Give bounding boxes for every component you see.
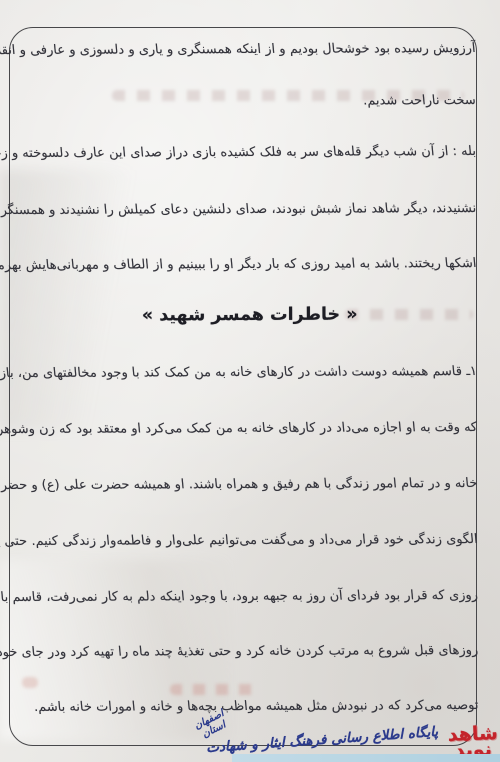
text-line: که وقت به او اجازه می‌داد در کارهای خانه… — [17, 418, 478, 440]
text-line: توصیه می‌کرد که در نبودش مثل همیشه مواظب… — [19, 696, 480, 718]
document-text-layer: آرزویش رسیده بود خوشحال بودیم و از اینکه… — [0, 0, 500, 762]
text-line: نشنیدند، دیگر شاهد نماز شبش نبودند، صدای… — [16, 199, 477, 221]
text-line: اشکها ریختند. باشد به امید روزی که بار د… — [17, 254, 478, 276]
scanned-page: { "document": { "heading": "« خاطرات همس… — [0, 0, 500, 762]
text-line: الگوی زندگی خود قرار می‌داد و می‌گفت می‌… — [18, 530, 479, 552]
text-line: خانه و در تمام امور زندگی با هم رفیق و ه… — [18, 474, 479, 496]
text-line: بله : از آن شب دیگر قله‌های سر به فلک کش… — [16, 142, 477, 164]
text-line: ۱ـ قاسم همیشه دوست داشت در کارهای خانه ب… — [17, 362, 478, 384]
page-heading: « خاطرات همسر شهید » — [10, 304, 490, 326]
text-line: روزی که قرار بود فردای آن روز به جبهه بر… — [18, 586, 479, 608]
text-line: روزهای قبل شروع به مرتب کردن خانه کرد و … — [18, 641, 479, 663]
text-line: سخت ناراحت شدیم. — [16, 91, 477, 113]
scan-edge-strip — [232, 754, 500, 762]
text-line: آرزویش رسیده بود خوشحال بودیم و از اینکه… — [16, 39, 477, 61]
